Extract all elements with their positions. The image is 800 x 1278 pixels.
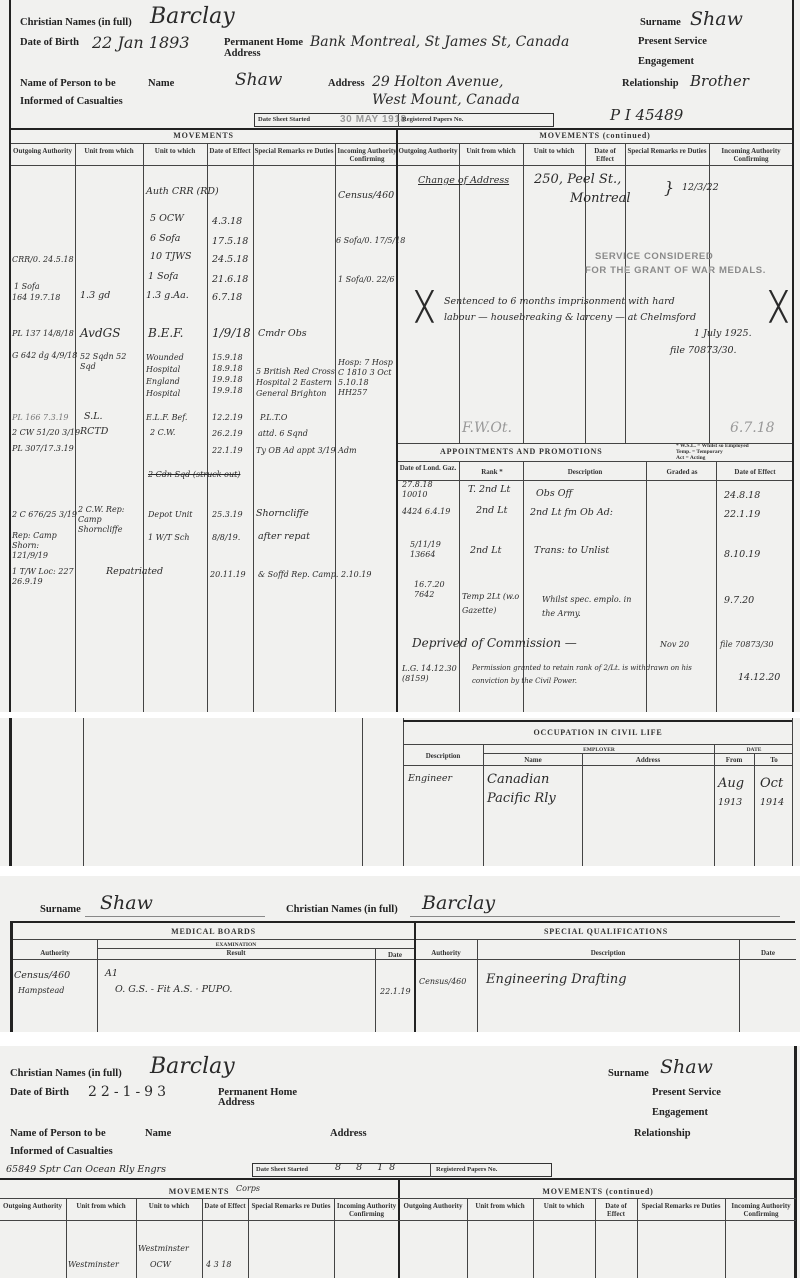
appointment-deprived: Deprived of Commission — [412, 636, 577, 650]
center-divider [396, 128, 398, 712]
medical-boards-title: MEDICAL BOARDS [13, 927, 414, 936]
col-medical-authority: Authority [13, 949, 97, 957]
occupation-title: OCCUPATION IN CIVIL LIFE [403, 728, 793, 737]
col-divider [459, 461, 460, 712]
permanent-home-label: Permanent Home [224, 37, 303, 48]
date-of-birth-value: 22-1-93 [88, 1084, 170, 1100]
movement-incoming: 6 Sofa/0. 17/5/18 [336, 236, 405, 245]
occupation-title-rule [403, 744, 793, 745]
appointment-description: Trans: to Unlist [534, 545, 609, 556]
date-to-value-2: 1914 [760, 797, 784, 808]
center-divider [414, 921, 416, 1032]
col-special-remarks: Special Remarks re Duties [254, 147, 334, 155]
date-sheet-started-value: 8 8 18 [335, 1162, 401, 1173]
col-divider [66, 1198, 67, 1278]
col-incoming-authority: Incoming Authority Confirming [336, 147, 398, 163]
movements-header-rule [0, 1220, 796, 1221]
appointment-description: Obs Off [536, 488, 572, 499]
date-of-birth-label: Date of Birth [10, 1087, 69, 1098]
medical-header-rule [13, 959, 414, 960]
christian-names-value: Barclay [150, 4, 235, 29]
movement-date: 12.2.19 [212, 413, 243, 422]
col-incoming-authority: Incoming Authority Confirming [335, 1202, 398, 1218]
person-informed-label-2: Informed of Casualties [20, 96, 123, 107]
col-outgoing-authority: Outgoing Authority [0, 1202, 65, 1210]
sentence-line-3: 1 July 1925. [694, 328, 752, 339]
service-record-card-second: Christian Names (in full) Barclay Date o… [0, 1046, 800, 1278]
surname-underline [85, 916, 265, 917]
movement-outgoing: G 642 dg 4/9/18 [12, 351, 77, 360]
col-divider [459, 143, 460, 443]
registered-papers-label: Registered Papers No. [402, 116, 463, 123]
col-divider [595, 1198, 596, 1278]
movement-outgoing: 164 19.7.18 [12, 293, 60, 302]
col-unit-to: Unit to which [137, 1202, 201, 1210]
col-divider [248, 1198, 249, 1278]
service-record-card-back: OCCUPATION IN CIVIL LIFE Description EMP… [0, 718, 800, 866]
employer-name-value-2: Pacific Rly [487, 791, 556, 806]
informed-name-label: Name [145, 1128, 171, 1139]
appointment-gazette: 4424 6.4.19 [402, 507, 450, 516]
col-date-effect: Date of Effect [208, 147, 252, 155]
movement-outgoing: 2 CW 51/20 3/19 [12, 428, 80, 437]
change-of-address-label: Change of Address [418, 175, 509, 186]
col-date-effect-cont: Date of Effect [596, 1202, 636, 1218]
movement-to: Westminster [138, 1244, 189, 1253]
movement-remarks: Ty OB Ad appt 3/19 Adm [256, 446, 357, 455]
movement-incoming: Hosp: 7 Hosp C 1810 3 Oct 5.10.18 HH257 [338, 358, 396, 398]
appointments-title: APPOINTMENTS AND PROMOTIONS [440, 447, 640, 456]
surname-value: Shaw [660, 1056, 713, 1078]
col-unit-to-cont: Unit to which [534, 1202, 594, 1210]
table-top-rule [10, 921, 795, 923]
medals-stamp-line-2: FOR THE GRANT OF WAR MEDALS. [585, 265, 766, 276]
informed-name-value: Shaw [235, 70, 282, 90]
col-divider [739, 939, 740, 1032]
medical-qualifications-card: Surname Shaw Christian Names (in full) B… [0, 876, 800, 1032]
movement-from: S.L. [84, 411, 103, 422]
date-sheet-started-value: 30 MAY 1918 [340, 114, 407, 125]
movements-title-rule [11, 143, 396, 144]
movement-to: 1 W/T Sch [148, 533, 190, 542]
movement-outgoing: 1 T/W Loc: 227 26.9.19 [12, 567, 74, 587]
christian-names-value: Barclay [150, 1054, 235, 1079]
movement-to: E.L.F. Bef. [146, 413, 187, 422]
movements-title: MOVEMENTS [0, 1187, 398, 1196]
col-unit-from: Unit from which [67, 1202, 135, 1210]
movement-date: 1/9/18 [212, 326, 251, 340]
movement-to: 5 OCW [150, 213, 184, 224]
appointment-rank: T. 2nd Lt [468, 484, 510, 495]
col-date-of-effect: Date of Effect [718, 468, 792, 476]
col-divider [477, 939, 478, 1032]
date-from-value-1: Aug [718, 776, 744, 791]
col-special-remarks: Special Remarks re Duties [249, 1202, 333, 1210]
movement-remarks: Cmdr Obs [258, 328, 307, 339]
col-divider [523, 143, 524, 443]
movement-incoming: Census/460 [338, 190, 394, 201]
table-top-rule [9, 128, 794, 130]
movement-date: 8/8/19. [212, 533, 240, 542]
appointment-date: 14.12.20 [738, 672, 780, 683]
movement-from: RCTD [80, 426, 108, 437]
col-date-effect: Date of Effect [586, 147, 624, 163]
person-informed-label-1: Name of Person to be [20, 78, 116, 89]
movement-date: 4.3.18 [212, 216, 242, 227]
appointment-date: 9.7.20 [724, 595, 754, 606]
col-unit-to: Unit to which [144, 147, 206, 155]
informed-name-label: Name [148, 78, 174, 89]
col-medical-date: Date [376, 951, 414, 959]
appointment-gazette: L.G. 14.12.30 (8159) [402, 664, 458, 684]
appointment-description: 2nd Lt fm Ob Ad: [530, 507, 613, 518]
col-divider [207, 143, 208, 712]
movement-date: 24.5.18 [212, 254, 248, 265]
cross-mark-icon: ╳ [416, 290, 433, 323]
ref-number: P I 45489 [610, 106, 683, 124]
movement-to: Auth CRR (RD) [146, 186, 219, 197]
col-divider [625, 143, 626, 443]
col-date-effect: Date of Effect [203, 1202, 247, 1210]
movement-from: 2 C.W. Rep: Camp Shorncliffe [78, 505, 142, 535]
movement-from: Repatriated [106, 566, 163, 577]
medical-result-1: A1 [105, 968, 118, 979]
col-divider [143, 143, 144, 712]
col-divider [637, 1198, 638, 1278]
movements-header-rule [11, 165, 396, 166]
movement-to-struck: 2 Cdn Sqd (struck out) [148, 470, 240, 479]
surname-label: Surname [40, 904, 81, 915]
col-outgoing-authority: Outgoing Authority [11, 147, 74, 155]
col-divider [582, 753, 583, 866]
col-divider [533, 1198, 534, 1278]
movement-remarks: after repat [258, 531, 310, 542]
col-outgoing-authority-cont: Outgoing Authority [400, 1202, 466, 1210]
movements-title-rule [0, 1198, 796, 1199]
person-informed-label-2: Informed of Casualties [10, 1146, 113, 1157]
movement-to: B.E.F. [148, 326, 183, 340]
col-incoming-authority: Incoming Authority Confirming [710, 147, 792, 163]
occupation-header-rule [403, 765, 793, 766]
informed-address-value-1: 29 Holton Avenue, [372, 74, 503, 90]
movement-date: 15.9.18 18.9.18 19.9.18 19.9.18 [212, 352, 254, 396]
relationship-label: Relationship [634, 1128, 691, 1139]
col-employer-address: Address [583, 756, 713, 764]
col-divider [362, 718, 363, 866]
col-divider [403, 718, 404, 866]
col-qualification-authority: Authority [416, 949, 476, 957]
sentence-line-1: Sentenced to 6 months imprisonment with … [444, 296, 675, 307]
col-divider [83, 718, 84, 866]
medical-title-rule [13, 939, 414, 940]
change-of-address-date: 12/3/22 [682, 182, 719, 193]
movement-remarks: Shorncliffe [256, 508, 309, 519]
date-sheet-started-label: Date Sheet Started [256, 1166, 308, 1173]
movement-incoming: 1 Sofa/0. 22/6 [338, 275, 395, 284]
relationship-value: Brother [690, 72, 749, 90]
col-qualification-date: Date [740, 949, 796, 957]
sentence-line-2: labour — housebreaking & larceny — at Ch… [444, 312, 696, 323]
movements-title: MOVEMENTS [11, 131, 396, 140]
informed-address-label: Address [330, 1128, 367, 1139]
col-rank: Rank * [461, 468, 523, 476]
movement-remarks: & Soffd Rep. Camp. 2.10.19 [258, 570, 371, 579]
movement-to: 1 Sofa [148, 271, 178, 282]
appointments-title-rule [398, 461, 792, 462]
movement-to: Wounded Hospital England Hospital [146, 352, 206, 400]
col-divider [253, 143, 254, 712]
present-service-label: Present Service [652, 1087, 721, 1098]
movement-remarks: 5 British Red Cross Hospital 2 Eastern G… [256, 366, 336, 399]
movement-outgoing: PL 137 14/8/18 [12, 329, 74, 338]
col-divider [725, 1198, 726, 1278]
appointment-graded: Nov 20 [660, 640, 689, 649]
movement-from: 52 Sqdn 52 Sqd [80, 352, 142, 372]
col-qualification-description: Description [478, 949, 738, 957]
qualification-description: Engineering Drafting [486, 972, 627, 987]
movements-continued-title: MOVEMENTS (continued) [398, 131, 792, 140]
appointment-gazette: 5/11/19 13664 [410, 540, 458, 560]
col-divider [585, 143, 586, 443]
movement-outgoing: 1 Sofa [14, 282, 40, 291]
surname-label: Surname [608, 1068, 649, 1079]
engagement-label: Engagement [652, 1107, 708, 1118]
movement-date: 17.5.18 [212, 236, 248, 247]
christian-names-underline [410, 916, 780, 917]
col-divider [334, 1198, 335, 1278]
date-of-birth-label: Date of Birth [20, 37, 79, 48]
right-border [792, 718, 793, 866]
col-gazette-date: Date of Lond. Gaz. [398, 464, 458, 472]
service-line: 65849 Sptr Can Ocean Rly Engrs [6, 1164, 166, 1175]
engagement-label: Engagement [638, 56, 694, 67]
christian-names-label: Christian Names (in full) [10, 1068, 122, 1079]
special-qualifications-title: SPECIAL QUALIFICATIONS [416, 927, 796, 936]
appointment-withdrawal: Permission granted to retain rank of 2/L… [472, 662, 712, 688]
medical-result-2: O. G.S. - Fit A.S. · PUPO. [115, 984, 232, 995]
appointment-rank: Temp 2Lt (w.o Gazette) [462, 590, 522, 618]
col-divider [714, 744, 715, 866]
surname-label: Surname [640, 17, 681, 28]
col-divider [483, 744, 484, 866]
col-divider [754, 753, 755, 866]
movement-outgoing: CRR/0. 24.5.18 [12, 255, 74, 264]
medical-date: 22.1.19 [380, 987, 411, 996]
occupation-description-value: Engineer [408, 773, 452, 784]
date-to-value-1: Oct [760, 776, 783, 791]
medical-authority-1: Census/460 [14, 970, 70, 981]
col-divider [97, 939, 98, 1032]
col-special-remarks-cont: Special Remarks re Duties [638, 1202, 724, 1210]
appointment-description: Whilst spec. emplo. in the Army. [542, 593, 646, 621]
employer-name-value-1: Canadian [487, 772, 549, 787]
service-record-card-front: Christian Names (in full) Barclay Date o… [0, 0, 800, 712]
movements-continued-title: MOVEMENTS (continued) [400, 1187, 796, 1196]
col-incoming-authority-cont: Incoming Authority Confirming [726, 1202, 796, 1218]
appointment-date: 8.10.19 [724, 549, 760, 560]
movement-from: 1.3 gd [80, 290, 110, 301]
movement-to: 1.3 g.Aa. [146, 290, 189, 301]
movements-continued-rule [398, 143, 792, 144]
col-date-to: To [755, 756, 793, 764]
movement-to: 2 C.W. [150, 428, 175, 437]
initials-date: 6.7.18 [730, 420, 775, 436]
left-border [10, 921, 13, 1032]
surname-value: Shaw [100, 892, 153, 914]
movement-date: 20.11.19 [210, 570, 246, 579]
col-divider [375, 948, 376, 1032]
present-service-label: Present Service [638, 36, 707, 47]
cross-mark-icon: ╳ [770, 290, 787, 323]
sentence-line-4: file 70873/30. [670, 345, 737, 356]
movement-date: 6.7.18 [212, 292, 242, 303]
right-border [794, 1046, 797, 1278]
col-outgoing-authority: Outgoing Authority [398, 147, 458, 155]
col-unit-from-cont: Unit from which [468, 1202, 532, 1210]
movement-outgoing: 2 C 676/25 3/19 [12, 510, 77, 519]
movement-remarks: P.L.T.O [260, 413, 287, 422]
left-border [9, 0, 11, 712]
occupation-top-rule [403, 720, 793, 722]
appointment-date: 22.1.19 [724, 509, 760, 520]
col-divider [467, 1198, 468, 1278]
qualification-authority: Census/460 [419, 977, 466, 986]
permanent-home-address-label: Address [218, 1097, 255, 1108]
movement-date: 26.2.19 [212, 429, 243, 438]
date-from-value-2: 1913 [718, 797, 742, 808]
relationship-label: Relationship [622, 78, 679, 89]
informed-address-value-2: West Mount, Canada [372, 92, 520, 108]
movement-from: Westminster [68, 1260, 119, 1269]
change-of-address-value-1: 250, Peel St., [534, 172, 621, 187]
initials: F.W.Ot. [462, 420, 512, 436]
col-divider [136, 1198, 137, 1278]
movement-from: AvdGS [80, 326, 120, 340]
movements-continued-header-rule [398, 165, 792, 166]
movement-date: 21.6.18 [212, 274, 248, 285]
appointment-gazette: 27.8.18 10010 [402, 480, 458, 500]
col-divider [202, 1198, 203, 1278]
movement-to: OCW [150, 1260, 171, 1269]
col-unit-to: Unit to which [524, 147, 584, 155]
brace: } [664, 178, 674, 197]
movement-date: 22.1.19 [212, 446, 243, 455]
medical-authority-2: Hampstead [18, 986, 64, 995]
movement-outgoing: PL 166 7.3.19 [12, 413, 69, 422]
movement-outgoing: PL 307/17.3.19 [12, 444, 74, 453]
christian-names-label: Christian Names (in full) [286, 904, 398, 915]
col-divider [716, 461, 717, 712]
christian-names-label: Christian Names (in full) [20, 17, 132, 28]
col-divider [335, 143, 336, 712]
col-graded-as: Graded as [648, 468, 716, 476]
permanent-home-address-label: Address [224, 48, 261, 59]
informed-address-label: Address [328, 78, 365, 89]
appointment-date: 24.8.18 [724, 490, 760, 501]
movement-to: Depot Unit [148, 510, 193, 519]
date-sheet-started-label: Date Sheet Started [258, 116, 310, 123]
movement-to: 10 TJWS [150, 251, 192, 262]
date-sheet-divider [430, 1163, 431, 1177]
col-unit-from: Unit from which [76, 147, 142, 155]
col-special-remarks: Special Remarks re Duties [626, 147, 708, 155]
registered-papers-label: Registered Papers No. [436, 1166, 497, 1173]
permanent-home-value: Bank Montreal, St James St, Canada [310, 34, 569, 50]
appointment-gazette: 16.7.20 7642 [414, 580, 458, 600]
col-unit-from: Unit from which [460, 147, 522, 155]
col-medical-result: Result [98, 949, 374, 957]
left-border [9, 718, 12, 866]
col-occupation-description: Description [404, 752, 482, 760]
surname-value: Shaw [690, 8, 743, 30]
change-of-address-value-2: Montreal [570, 191, 631, 206]
col-employer-name: Name [485, 756, 581, 764]
movement-to: 6 Sofa [150, 233, 180, 244]
person-informed-label-1: Name of Person to be [10, 1128, 106, 1139]
christian-names-value: Barclay [422, 892, 495, 914]
movement-outgoing: Rep: Camp Shorn: 121/9/19 [12, 531, 74, 561]
movement-date: 25.3.19 [212, 510, 243, 519]
appointment-file: file 70873/30 [720, 640, 774, 649]
medals-stamp-line-1: SERVICE CONSIDERED [595, 251, 713, 262]
appointment-rank: 2nd Lt [476, 505, 507, 516]
right-border [792, 0, 794, 712]
movement-remarks: attd. 6 Sqnd [258, 429, 308, 438]
appointment-rank: 2nd Lt [470, 545, 501, 556]
col-date-from: From [715, 756, 753, 764]
date-of-birth-value: 22 Jan 1893 [92, 33, 190, 52]
col-description: Description [525, 468, 645, 476]
movement-date: 4 3 18 [206, 1260, 231, 1269]
